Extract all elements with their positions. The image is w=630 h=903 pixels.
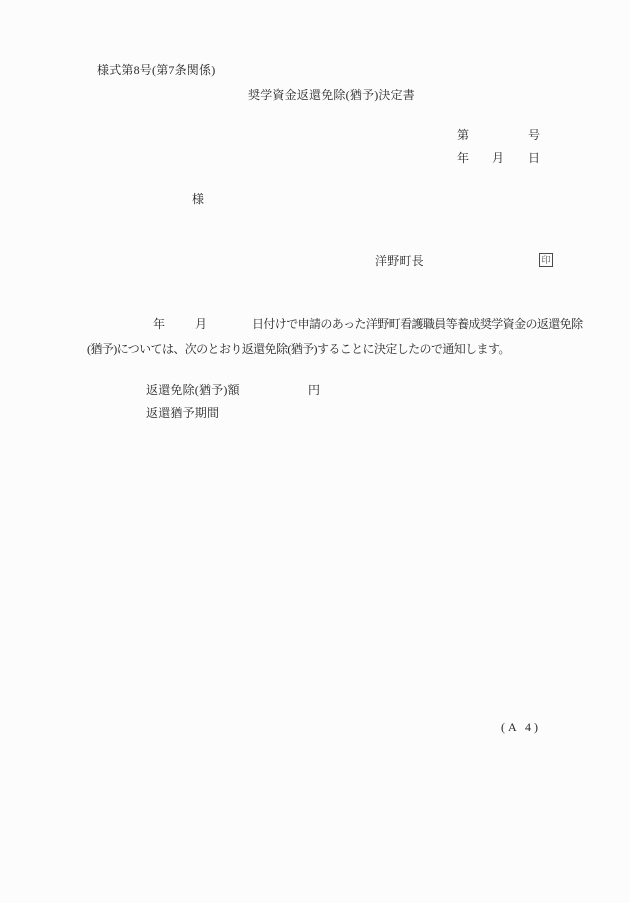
exemption-amount-unit: 円 xyxy=(308,383,320,398)
body-date-year: 年 xyxy=(153,317,165,332)
document-page: 様式第8号(第7条関係) 奨学資金返還免除(猶予)決定書 第 号 年 月 日 様… xyxy=(0,0,630,903)
exemption-amount-label: 返還免除(猶予)額 xyxy=(146,383,240,398)
seal-mark: 印 xyxy=(539,253,553,267)
body-date-month: 月 xyxy=(195,317,207,332)
issuer-name: 洋野町長 xyxy=(375,254,424,269)
paper-size-note: (A 4) xyxy=(501,720,541,735)
date-year-label: 年 xyxy=(457,151,469,166)
date-day-label: 日 xyxy=(528,151,540,166)
document-title: 奨学資金返還免除(猶予)決定書 xyxy=(248,88,415,103)
body-text-line2: (猶予)については、次のとおり返還免除(猶予)することに決定したので通知します。 xyxy=(87,342,510,357)
deferment-period-label: 返還猶予期間 xyxy=(146,406,219,421)
form-number: 様式第8号(第7条関係) xyxy=(97,63,215,78)
doc-number-prefix: 第 xyxy=(457,128,469,143)
body-text-line1: 日付けで申請のあった洋野町看護職員等養成奨学資金の返還免除 xyxy=(252,317,582,332)
date-month-label: 月 xyxy=(492,151,504,166)
doc-number-suffix: 号 xyxy=(528,128,540,143)
addressee-honorific: 様 xyxy=(192,192,204,207)
